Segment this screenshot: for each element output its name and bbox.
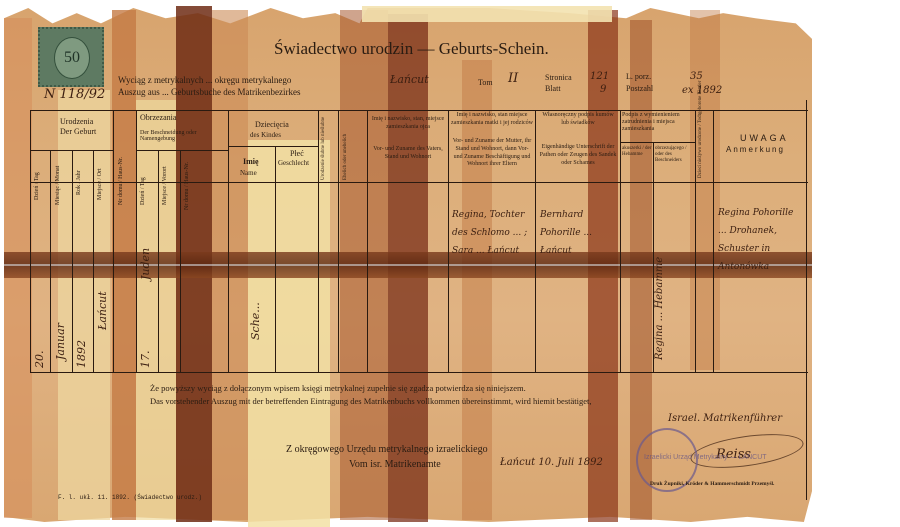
col-divider bbox=[275, 146, 276, 372]
header-father: Imię i nazwisko, stan, miejsce zamieszka… bbox=[370, 116, 446, 132]
header-godparents-de: Eigenhändige Unterschrift der Pathen ode… bbox=[538, 144, 618, 167]
header-circ-day: Dzień / Tag bbox=[140, 177, 146, 205]
header-legitimacy: Urodzenie ślubne lub nieślubne bbox=[321, 117, 326, 180]
col-divider bbox=[620, 110, 621, 372]
header-remarks-pl: UWAGA bbox=[740, 134, 789, 143]
col-divider bbox=[338, 110, 339, 372]
tom-value: II bbox=[508, 72, 518, 85]
header-mother-de: Vor- und Zuname der Mutter, ihr Stand un… bbox=[451, 138, 533, 169]
revenue-stamp: 50 bbox=[38, 27, 104, 87]
document-title: Świadectwo urodzin — Geburts-Schein. bbox=[274, 40, 549, 57]
cell-month: Januar bbox=[55, 323, 66, 360]
district-handwritten: Łańcut bbox=[390, 74, 429, 85]
header-child-de: des Kindes bbox=[250, 132, 281, 139]
col-divider bbox=[448, 110, 449, 372]
postzahl-label: Postzahl bbox=[626, 85, 653, 93]
header-stillborn: Dzieci nieżywo urodzone / Todtgeborene K… bbox=[698, 81, 703, 178]
header-remarks-de: Anmerkung bbox=[726, 146, 785, 154]
header-legitimacy-de: Ehelich oder unehelich bbox=[343, 134, 348, 180]
header-sex-de: Geschlecht bbox=[278, 160, 309, 167]
cell-child-name: Sche... bbox=[250, 302, 261, 340]
stronica-label: Stronica bbox=[545, 74, 572, 82]
header-month: Miesiąc / Monat bbox=[55, 166, 61, 205]
birth-certificate-document: 50 N 118/92 Świadectwo urodzin — Geburts… bbox=[0, 0, 900, 527]
col-divider bbox=[713, 110, 714, 372]
table-bottom-border bbox=[30, 372, 808, 373]
form-code: F. l. ukł. 11. 1892. (Świadectwo urodz.) bbox=[58, 495, 202, 501]
header-birth-de: Der Geburt bbox=[60, 128, 96, 136]
cell-year: 1892 bbox=[76, 340, 87, 368]
cell-remarks: Regina Pohorille ... Drohanek, Schuster … bbox=[718, 204, 803, 276]
confirmation-pl: Że powyższy wyciąg z dołączonym wpisem k… bbox=[150, 384, 526, 393]
header-year: Rok / Jahr bbox=[76, 170, 82, 195]
col-divider bbox=[228, 110, 229, 372]
stamp-handwritten-number: N 118/92 bbox=[44, 88, 105, 101]
cell-godparents: Bernhard Pohorille ... Łańcut bbox=[540, 206, 618, 260]
table-header-border bbox=[30, 182, 808, 183]
printer-line: Druk Żupniki, Kröder & Hammerschmidt Prz… bbox=[650, 482, 774, 488]
subheader-border bbox=[136, 150, 228, 151]
header-midwife-sub1: akuszerki / der Hebamme bbox=[622, 146, 652, 158]
place-date: Łańcut 10. Juli 1892 bbox=[500, 458, 603, 468]
seal-text: Izraelicki Urząd Metrykalny — ŁAŃCUT bbox=[644, 454, 767, 461]
confirmation-de: Das vorstehender Auszug mit der betreffe… bbox=[150, 397, 592, 406]
header-sex-pl: Płeć bbox=[290, 150, 304, 158]
extract-line-pl: Wyciąg z metrykalnych ... okręgu metryka… bbox=[118, 76, 291, 85]
header-mother: Imię i nazwisko, stan miejsce zamieszkan… bbox=[451, 112, 533, 128]
subheader-border bbox=[620, 142, 695, 143]
col-divider bbox=[72, 150, 73, 372]
header-child-pl: Dziecięcia bbox=[255, 121, 289, 129]
table-top-border bbox=[30, 110, 808, 111]
col-divider bbox=[318, 110, 319, 372]
header-day: Dzień / Tag bbox=[34, 172, 40, 200]
tom-label: Tom bbox=[478, 79, 493, 87]
blatt-label: Blatt bbox=[545, 85, 561, 93]
extract-line-de: Auszug aus ... Geburtsbuche des Matriken… bbox=[118, 88, 300, 97]
cell-midwife: Regina ... Hebamme bbox=[655, 257, 665, 360]
header-circumcision-pl: Obrzezania bbox=[140, 114, 176, 122]
faded-strip bbox=[136, 100, 176, 520]
col-divider bbox=[367, 110, 368, 372]
header-godparents: Własnoręczny podpis kumów lub świadków bbox=[538, 112, 618, 128]
cell-circ-day: Juden bbox=[140, 248, 151, 280]
cell-house-no: 17. bbox=[140, 351, 151, 369]
col-divider bbox=[535, 110, 536, 372]
cell-mother: Regina, Tochter des Schlomo ... ; Sara .… bbox=[452, 206, 532, 260]
col-divider bbox=[695, 110, 696, 372]
header-midwife: Podpis z wymienieniem zatrudnienia i mie… bbox=[622, 112, 694, 134]
header-name-de: Name bbox=[240, 170, 257, 177]
stronica-value: 121 bbox=[590, 72, 609, 82]
blatt-value: 9 bbox=[600, 85, 606, 95]
tape-glare bbox=[4, 264, 812, 266]
header-father-de: Vor- und Zuname des Vaters, Stand und Wo… bbox=[370, 146, 446, 162]
col-divider bbox=[158, 150, 159, 372]
header-circ-place: Miejsce / Vorort bbox=[162, 166, 168, 205]
header-circ-house: Nr domu / Haus-Nr. bbox=[184, 162, 190, 210]
subheader-border bbox=[228, 146, 318, 147]
header-place: Miejsce / Ort bbox=[97, 168, 103, 200]
subheader-border bbox=[30, 150, 113, 151]
cell-place: Łańcut bbox=[97, 291, 108, 330]
cell-day: 20. bbox=[34, 351, 45, 369]
signature-title: Israel. Matrikenführer bbox=[668, 414, 782, 424]
porz-label: L. porz. bbox=[626, 73, 651, 81]
header-midwife-sub2: obrzezującego / oder des Beschneiders bbox=[655, 146, 695, 164]
col-divider bbox=[113, 110, 114, 372]
office-de: Vom isr. Matrikenamte bbox=[349, 460, 441, 470]
office-pl: Z okręgowego Urzędu metrykalnego izraeli… bbox=[286, 445, 488, 455]
right-border bbox=[806, 100, 807, 500]
header-birth-pl: Urodzenia bbox=[60, 118, 93, 126]
col-divider bbox=[180, 150, 181, 372]
header-circumcision-de: Der Beschneidung oder Namengebung bbox=[140, 130, 228, 142]
top-tape-patch bbox=[362, 6, 612, 22]
col-divider bbox=[93, 150, 94, 372]
header-name-pl: Imię bbox=[243, 158, 259, 166]
header-house-no: Nr domu / Haus-Nr. bbox=[118, 157, 124, 205]
revenue-stamp-icon: 50 bbox=[54, 37, 90, 79]
col-divider bbox=[50, 150, 51, 372]
